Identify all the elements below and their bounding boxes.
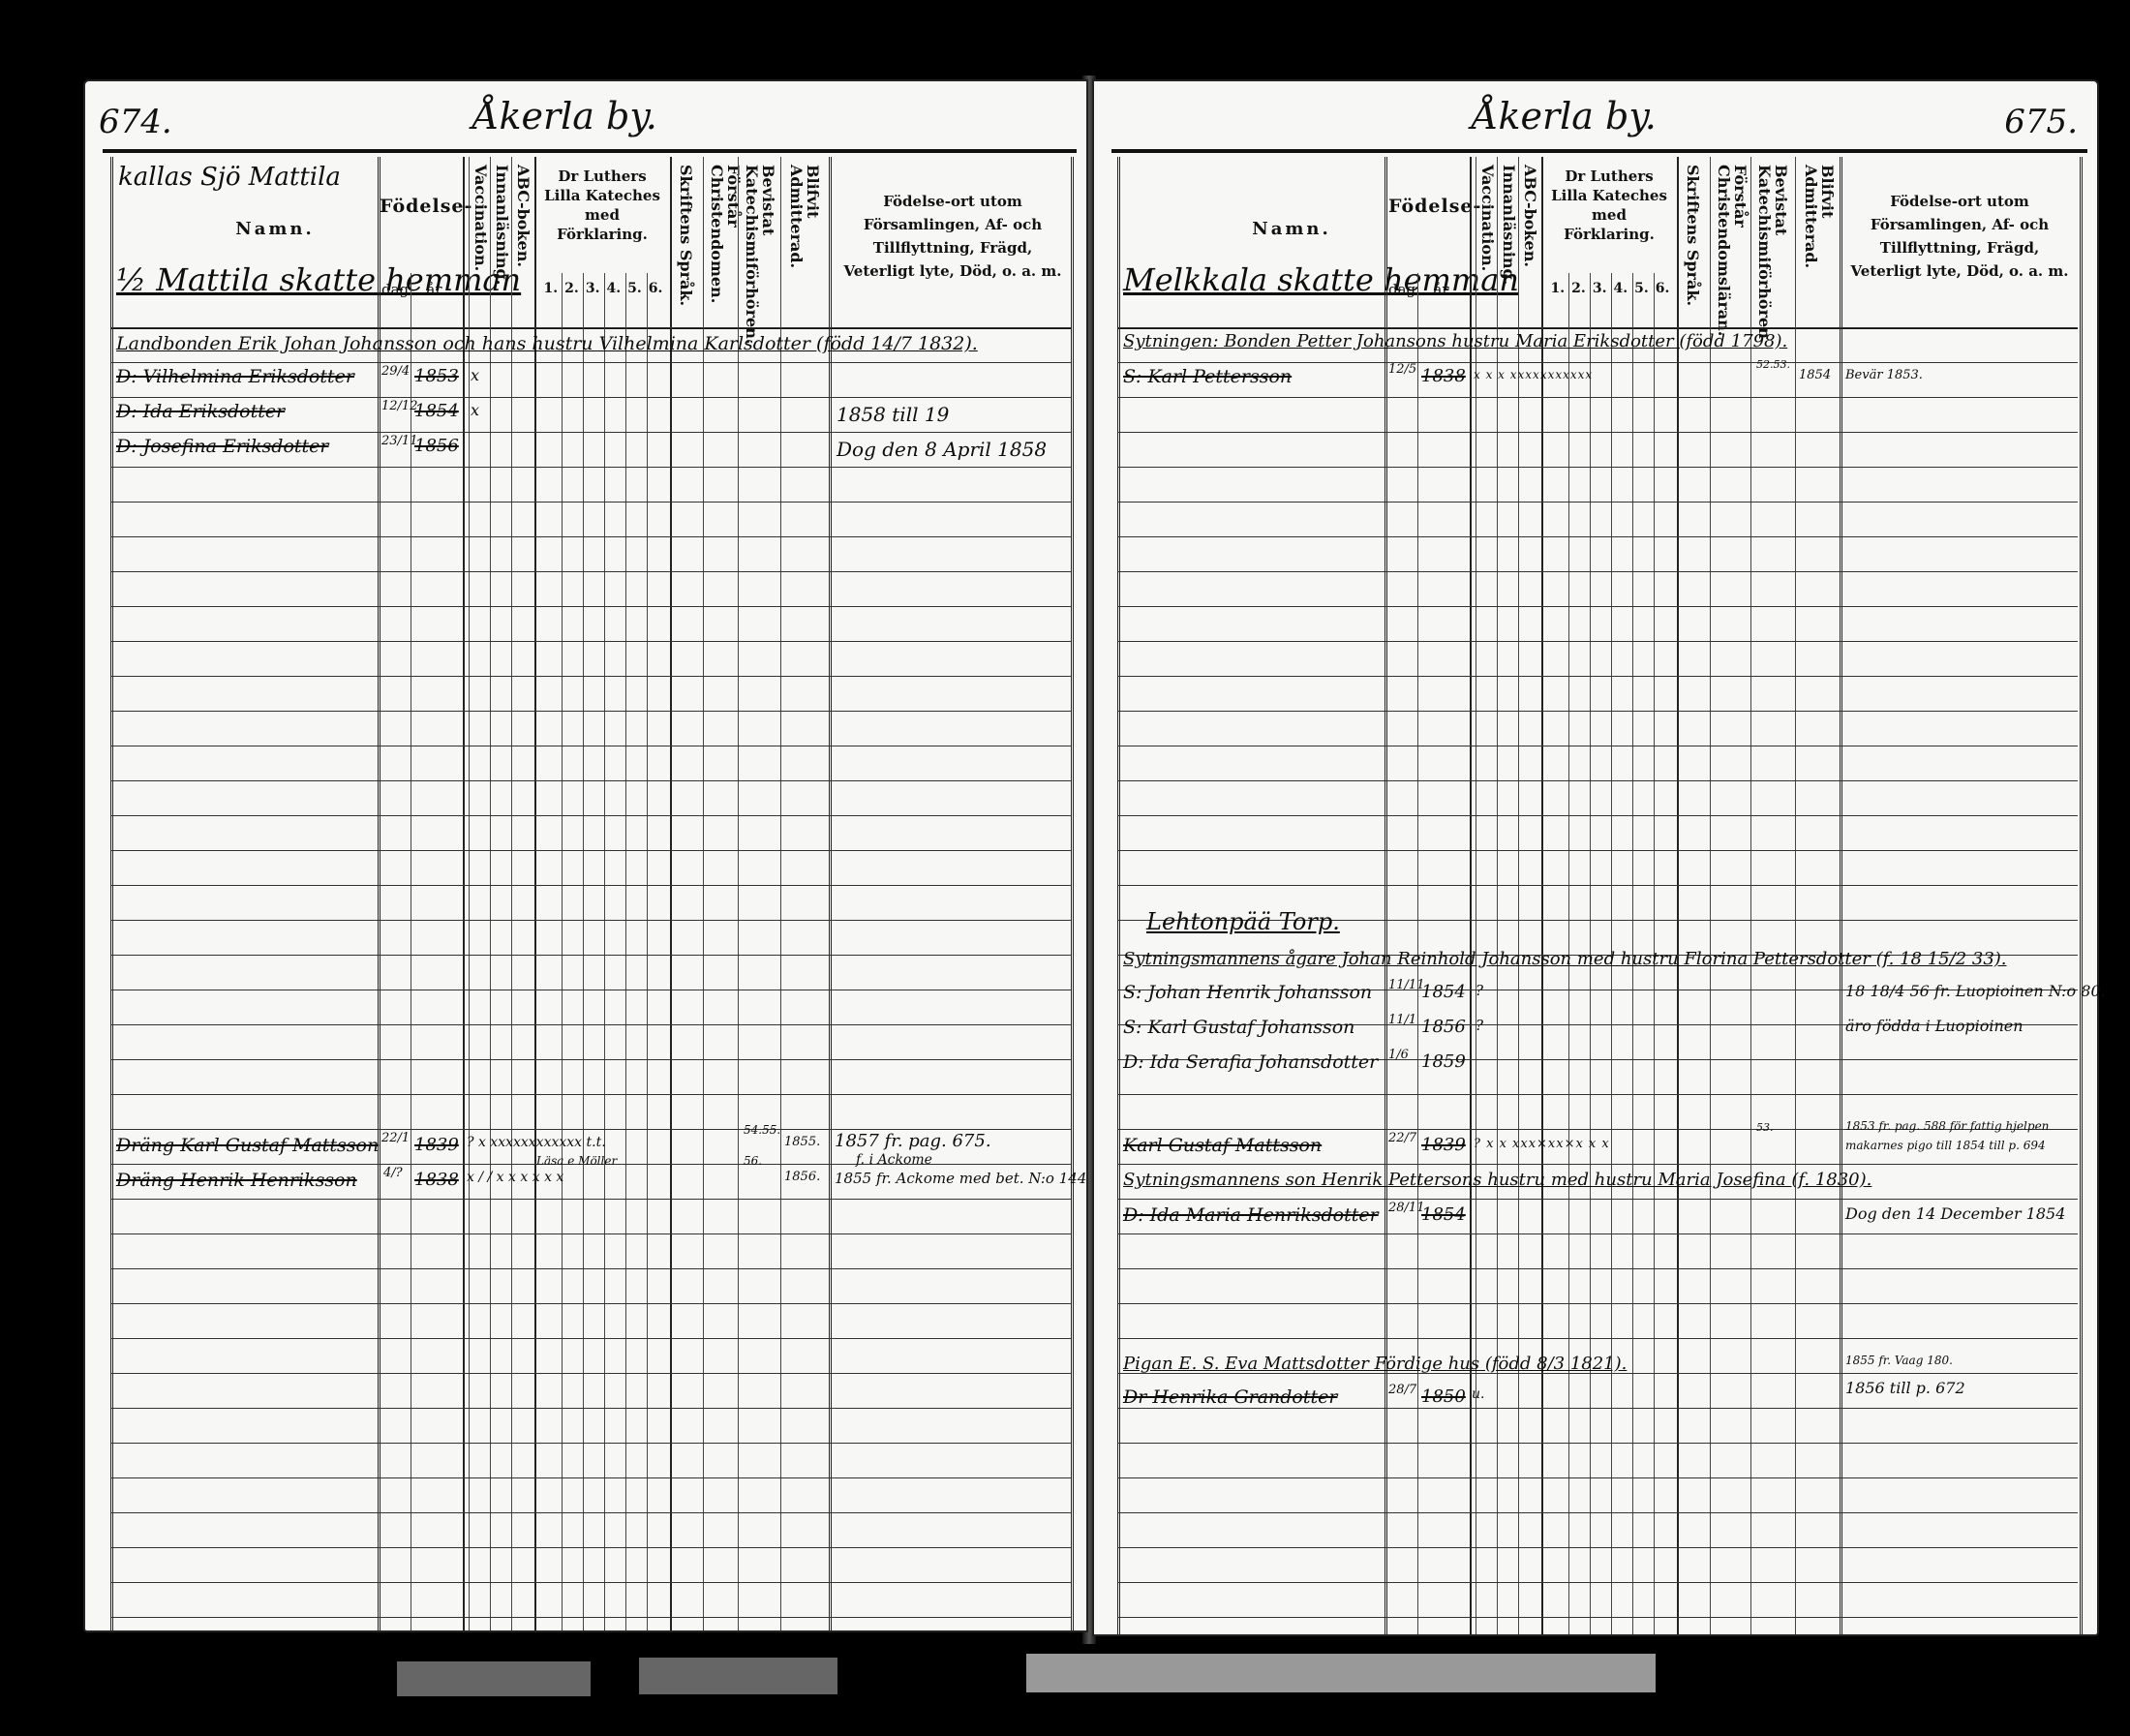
entry-head-household: Pigan E. S. Eva Mattsdotter Fördige hus … <box>1123 1354 1627 1374</box>
entry-remark: Bevär 1853. <box>1845 368 1923 382</box>
entry-bevistat: 56. <box>744 1154 762 1168</box>
entry-ar: 1854 <box>1421 1204 1466 1225</box>
entry-remark: 1855 fr. Ackome med bet. N:o 144 <box>835 1170 1086 1187</box>
ruled-line <box>110 1477 1071 1478</box>
ruled-line <box>110 1268 1071 1269</box>
ruled-line <box>110 1303 1071 1304</box>
ruled-line <box>110 1338 1071 1339</box>
ruled-line <box>1117 1199 2078 1200</box>
entry-vacc: x <box>471 366 479 384</box>
header-namn: Namn. <box>198 219 352 239</box>
ruled-line <box>110 885 1071 886</box>
ruled-line <box>1117 1512 2078 1513</box>
ruled-line <box>110 327 1071 328</box>
running-title: Åkerla by. <box>472 95 657 137</box>
entry-bevistat: 54.55. <box>744 1123 780 1137</box>
entry-marks: ? x x xxx×xx×x x x <box>1474 1137 1610 1151</box>
header-remarks: Födelse-ort utom Församlingen, Af- och T… <box>837 190 1069 283</box>
ruled-line <box>110 676 1071 677</box>
header-forstar: Förstår Christendomsläran. <box>1716 165 1749 300</box>
ruled-line <box>1117 850 2078 851</box>
entry-blifvit: 1856. <box>784 1170 820 1184</box>
ruled-line <box>110 850 1071 851</box>
ruled-line <box>1117 711 2078 712</box>
register-table-right: Namn. Melkkala skatte hemman Födelse- da… <box>1117 157 2078 1634</box>
ruled-line <box>110 641 1071 642</box>
ruled-line <box>110 467 1071 468</box>
ruled-line <box>110 432 1071 433</box>
entry-marks: ? x xxxxxxxxxxxx t.t. <box>467 1135 606 1150</box>
ruled-line <box>110 1582 1071 1583</box>
header-abc-boken: ABC-boken. <box>515 165 532 267</box>
ruled-line <box>110 1059 1071 1060</box>
entry-name: Dr Henrika Grandotter <box>1123 1386 1337 1408</box>
luther-col-4: 4. <box>606 281 621 296</box>
entry-bevistat: 52.53. <box>1756 358 1790 371</box>
header-remarks: Födelse-ort utom Församlingen, Af- och T… <box>1845 190 2074 283</box>
ruled-line <box>110 746 1071 746</box>
entry-marks: x / / x x x x x x <box>467 1170 563 1185</box>
ruled-line <box>110 606 1071 607</box>
entry-dag: 12/12 <box>381 399 417 413</box>
farm-name: ½ Mattila skatte hemman <box>116 261 521 298</box>
ruled-line <box>1117 571 2078 572</box>
entry-dag: 12/5 <box>1388 362 1416 377</box>
ruled-line <box>110 1512 1071 1513</box>
entry-dag: 11/1 <box>1388 1013 1416 1027</box>
ruled-line <box>110 502 1071 503</box>
ruled-line <box>110 955 1071 956</box>
ruled-line <box>1117 885 2078 886</box>
entry-bevistat: 53. <box>1756 1121 1774 1134</box>
ruled-line <box>1117 536 2078 537</box>
luther-col-3: 3. <box>586 281 600 296</box>
header-rule <box>1111 149 2087 153</box>
right-page: Åkerla by. 675. Namn. Melkkala skatte he… <box>1092 79 2099 1636</box>
entry-dag: 23/11 <box>381 434 417 448</box>
ruled-line <box>110 571 1071 572</box>
entry-marks: x x x xxxxxxxxxxx <box>1474 368 1593 381</box>
ruled-line <box>1117 1547 2078 1548</box>
ruled-line <box>1117 1094 2078 1095</box>
luther-col-5: 5. <box>627 281 642 296</box>
header-fodelse: Födelse- <box>380 196 461 217</box>
header-namn: Namn. <box>1214 219 1369 239</box>
entry-note: Läsa e Möller <box>536 1154 617 1168</box>
ruled-line <box>110 1617 1071 1618</box>
ruled-line <box>110 1024 1071 1025</box>
entry-head-household: Landbonden Erik Johan Johansson och hans… <box>116 333 978 354</box>
header-ar: år. <box>1419 281 1466 298</box>
header-ar: år. <box>412 281 459 298</box>
ruled-line <box>1117 1303 2078 1304</box>
ruled-line <box>110 362 1071 363</box>
ruled-line <box>110 1199 1071 1200</box>
ruled-line <box>1117 327 2078 328</box>
page-number: 675. <box>2004 103 2078 141</box>
luther-col-6: 6. <box>1656 281 1670 296</box>
ruled-line <box>1117 606 2078 607</box>
entry-remark2: äro födda i Luopioinen <box>1845 1017 2023 1035</box>
entry-remark2: 1856 till p. 672 <box>1845 1379 1965 1397</box>
entry-name: S: Johan Henrik Johansson <box>1123 982 1372 1003</box>
entry-dag: 28/11 <box>1388 1201 1424 1215</box>
entry-head-household: Sytningsmannens ågare Johan Reinhold Joh… <box>1123 949 2007 969</box>
entry-head-household: Sytningen: Bonden Petter Johansons hustr… <box>1123 331 1787 351</box>
header-blifvit: Blifvit Admitterad. <box>788 165 821 300</box>
header-bevistat: Bevistat Katechismiförhören <box>1756 165 1789 300</box>
table-header: kallas Sjö Mattila Namn. ½ Mattila skatt… <box>110 157 1071 329</box>
left-page: 674. Åkerla by. kallas Sjö Mattila Namn.… <box>83 79 1088 1632</box>
entry-ar: 1839 <box>1421 1135 1466 1155</box>
entry-name: D: Ida Eriksdotter <box>116 401 285 422</box>
header-bevistat: Bevistat Katechismiförhören. <box>744 165 776 300</box>
header-abc-boken: ABC-boken. <box>1522 165 1538 267</box>
ruled-line <box>110 990 1071 990</box>
header-innanlasning: Innanläsning. <box>1501 165 1517 285</box>
entry-remark: 1853 fr. pag. 588 för fattig hjelpen <box>1845 1119 2049 1133</box>
paper-strip <box>397 1661 591 1696</box>
entry-name: Dräng Henrik Henriksson <box>116 1170 357 1191</box>
ruled-line <box>110 1233 1071 1234</box>
entry-vacc: ? <box>1476 982 1483 999</box>
luther-col-6: 6. <box>649 281 663 296</box>
luther-col-1: 1. <box>544 281 559 296</box>
running-title: Åkerla by. <box>1472 95 1657 137</box>
entry-vacc: ? <box>1476 1017 1483 1034</box>
ruled-line <box>110 536 1071 537</box>
ruled-line <box>110 1129 1071 1130</box>
page-number: 674. <box>99 103 172 141</box>
entry-dag: 22/1 <box>381 1131 410 1145</box>
entry-vacc: x <box>471 401 479 419</box>
ruled-line <box>110 1373 1071 1374</box>
entry-name: S: Karl Gustaf Johansson <box>1123 1017 1354 1038</box>
ruled-line <box>1117 1582 2078 1583</box>
ruled-line <box>1117 1617 2078 1618</box>
header-vaccination: Vaccination. <box>472 165 489 271</box>
entry-name: D: Vilhelmina Eriksdotter <box>116 366 354 387</box>
entry-ar: 1854 <box>414 401 459 421</box>
ruled-line <box>1117 1164 2078 1165</box>
entry-remark: 1858 till 19 <box>837 403 949 426</box>
header-vaccination: Vaccination. <box>1479 165 1496 271</box>
entry-name: Dräng Karl Gustaf Mattsson <box>116 1135 379 1156</box>
ruled-line <box>110 780 1071 781</box>
entry-dag: 1/6 <box>1388 1048 1409 1062</box>
entry-name: S: Karl Pettersson <box>1123 366 1292 387</box>
ruled-line <box>1117 676 2078 677</box>
header-dag: dag. <box>1388 281 1417 298</box>
entry-remark: 1855 fr. Vaag 180. <box>1845 1354 1953 1367</box>
entry-dag: 22/7 <box>1388 1131 1416 1145</box>
ruled-line <box>1117 1233 2078 1234</box>
entry-ar: 1856 <box>1421 1017 1466 1037</box>
entry-dag: 4/? <box>383 1166 403 1180</box>
entry-name: D: Ida Serafia Johansdotter <box>1123 1051 1378 1073</box>
entry-dag: 11/11 <box>1388 978 1424 992</box>
paper-strip <box>639 1658 837 1694</box>
luther-col-4: 4. <box>1613 281 1628 296</box>
header-forstar: Förstår Christendomen. <box>709 165 742 300</box>
header-skriftens-sprak: Skriftens Språk. <box>678 165 694 306</box>
header-innanlasning: Innanläsning. <box>494 165 510 285</box>
ruled-line <box>1117 1408 2078 1409</box>
entry-remark2: f. i Ackome <box>856 1152 932 1168</box>
luther-col-2: 2. <box>1571 281 1586 296</box>
entry-remark: Dog den 8 April 1858 <box>837 438 1047 461</box>
ruled-line <box>1117 1477 2078 1478</box>
ruled-line <box>1117 641 2078 642</box>
header-rule <box>103 149 1077 153</box>
entry-remark: 18 18/4 56 fr. Luopioinen N:o 80. <box>1845 982 2106 1000</box>
entry-dag: 28/7 <box>1388 1383 1416 1397</box>
table-header: Namn. Melkkala skatte hemman Födelse- da… <box>1117 157 2078 329</box>
entry-ar: 1854 <box>1421 982 1466 1002</box>
ruled-line <box>1117 815 2078 816</box>
register-table-left: kallas Sjö Mattila Namn. ½ Mattila skatt… <box>110 157 1071 1630</box>
ruled-line <box>110 920 1071 921</box>
entry-dag: 29/4 <box>381 364 410 379</box>
ruled-line <box>110 815 1071 816</box>
entry-ar: 1838 <box>1421 366 1466 386</box>
luther-col-3: 3. <box>1593 281 1607 296</box>
entry-remark: 1857 fr. pag. 675. <box>835 1131 991 1151</box>
section-heading: Lehtonpää Torp. <box>1146 908 1340 935</box>
ruled-line <box>110 1094 1071 1095</box>
entry-ar: 1850 <box>1421 1386 1466 1407</box>
header-dag: dag. <box>381 281 409 298</box>
ruled-line <box>110 1408 1071 1409</box>
header-blifvit: Blifvit Admitterad. <box>1803 165 1836 300</box>
luther-col-2: 2. <box>564 281 579 296</box>
entry-remark: Dog den 14 December 1854 <box>1845 1204 2065 1223</box>
ruled-line <box>110 711 1071 712</box>
ruled-line <box>1117 467 2078 468</box>
ruled-line <box>1117 746 2078 746</box>
header-luther: Dr Luthers Lilla Kateches med Förklaring… <box>1545 167 1673 244</box>
entry-name: D: Josefina Eriksdotter <box>116 436 329 457</box>
entry-ar: 1856 <box>414 436 459 456</box>
farm-nickname: kallas Sjö Mattila <box>118 163 341 192</box>
ruled-line <box>1117 502 2078 503</box>
ruled-line <box>1117 362 2078 363</box>
ruled-line <box>1117 432 2078 433</box>
entry-head-household: Sytningsmannens son Henrik Pettersons hu… <box>1123 1170 1871 1190</box>
ruled-line <box>1117 1443 2078 1444</box>
entry-ar: 1839 <box>414 1135 459 1155</box>
entry-marks: u. <box>1472 1386 1484 1402</box>
ruled-line <box>110 397 1071 398</box>
entry-name: D: Ida Maria Henriksdotter <box>1123 1204 1379 1226</box>
entry-ar: 1838 <box>414 1170 459 1190</box>
paper-strip <box>1026 1654 1656 1692</box>
entry-blifvit: 1855. <box>784 1135 820 1149</box>
ruled-line <box>1117 397 2078 398</box>
ruled-line <box>1117 1338 2078 1339</box>
luther-col-5: 5. <box>1634 281 1649 296</box>
ruled-line <box>110 1443 1071 1444</box>
entry-name: Karl Gustaf Mattsson <box>1123 1135 1322 1156</box>
entry-ar: 1853 <box>414 366 459 386</box>
entry-remark2: makarnes pigo till 1854 till p. 694 <box>1845 1139 2046 1152</box>
ruled-line <box>1117 780 2078 781</box>
luther-col-1: 1. <box>1551 281 1566 296</box>
entry-ar: 1859 <box>1421 1051 1466 1072</box>
entry-blifvit: 1854 <box>1799 368 1831 382</box>
header-fodelse: Födelse- <box>1388 196 1470 217</box>
header-luther: Dr Luthers Lilla Kateches med Förklaring… <box>538 167 666 244</box>
ruled-line <box>110 1547 1071 1548</box>
header-skriftens-sprak: Skriftens Språk. <box>1685 165 1701 306</box>
ruled-line <box>1117 1268 2078 1269</box>
